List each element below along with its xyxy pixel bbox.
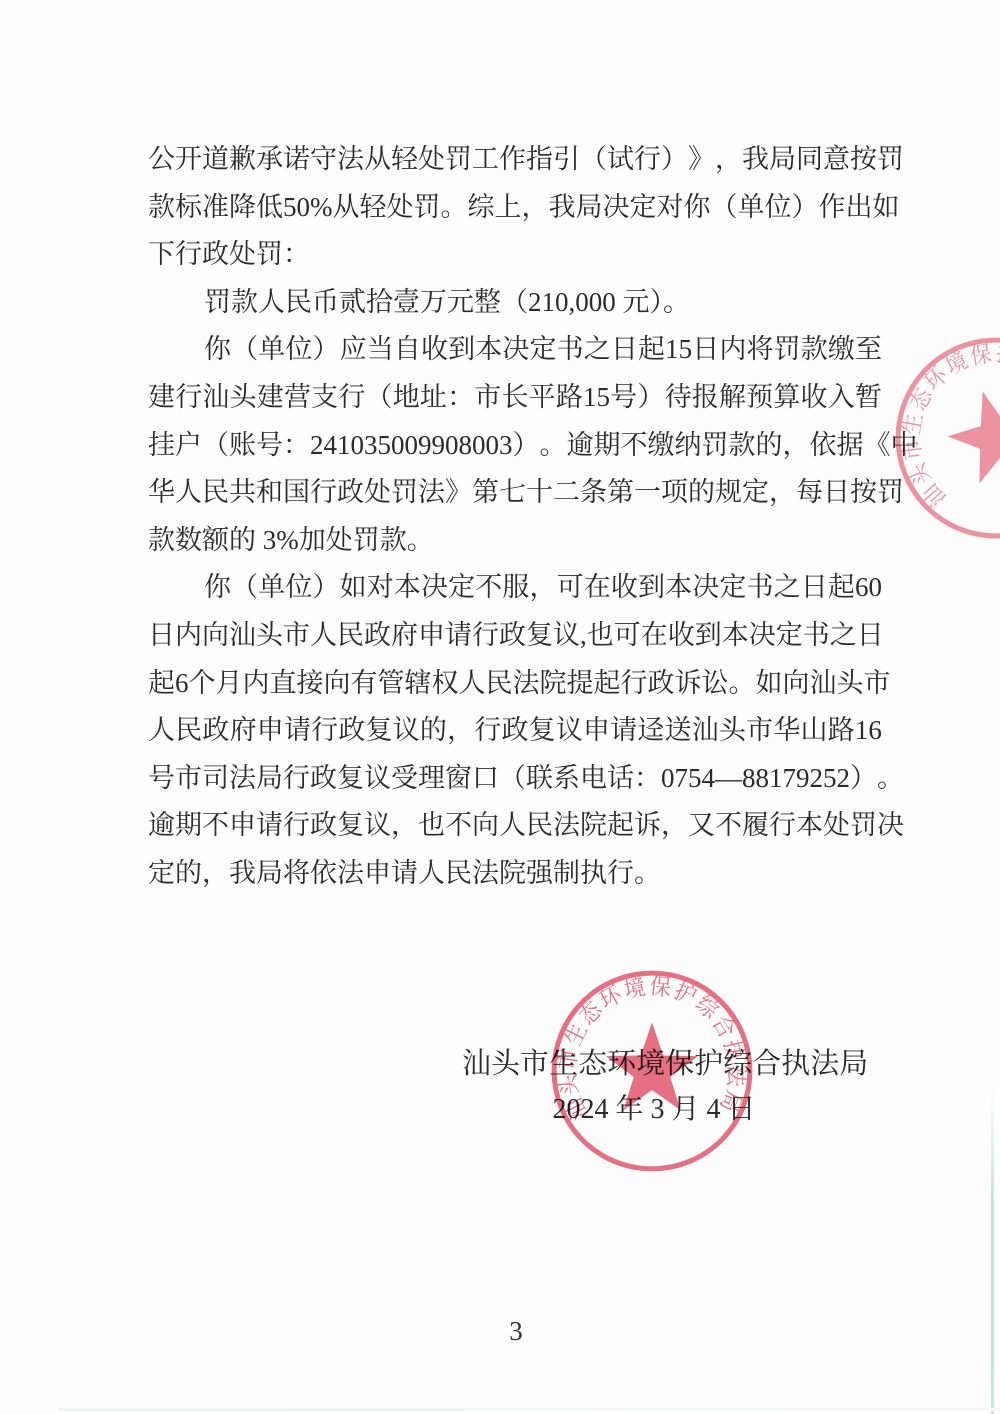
body-line-penalty-amount: 罚款人民币贰拾壹万元整（210,000 元）。 — [148, 279, 882, 327]
body-line: 定的，我局将依法申请人民法院强制执行。 — [148, 850, 882, 898]
body-line: 你（单位）应当自收到本决定书之日起 15 日内将罚款缴至 — [148, 326, 882, 374]
body-line: 款标准降低 50%从轻处罚。综上，我局决定对你（单位）作出如 — [148, 184, 882, 232]
star-icon — [938, 379, 1000, 489]
body-line: 你（单位）如对本决定不服，可在收到本决定书之日起60 — [148, 564, 882, 612]
document-page: 公开道歉承诺守法从轻处罚工作指引（试行）》，我局同意按罚 款标准降低 50%从轻… — [0, 0, 1000, 1414]
body-line: 下行政处罚： — [148, 231, 882, 279]
body-line: 人民政府申请行政复议的，行政复议申请迳送汕头市华山路16 — [148, 707, 882, 755]
page-number: 3 — [0, 1316, 1000, 1347]
body-line: 华人民共和国行政处罚法》第七十二条第一项的规定，每日按罚 — [148, 469, 882, 517]
signature-agency-name: 汕头市生态环境保护综合执法局 — [462, 1040, 850, 1082]
body-line: 公开道歉承诺守法从轻处罚工作指引（试行）》，我局同意按罚 — [148, 136, 882, 184]
scan-bottom-line — [58, 1408, 1000, 1411]
body-line-account-number: 挂户（账号：241035009908003）。逾期不缴纳罚款的，依据《中 — [148, 422, 882, 470]
body-line-phone-number: 号市司法局行政复议受理窗口（联系电话：0754—88179252）。 — [148, 755, 882, 803]
body-line: 款数额的 3%加处罚款。 — [148, 517, 882, 565]
body-line: 起6个月内直接向有管辖权人民法院提起行政诉讼。如向汕头市 — [148, 660, 882, 708]
body-line: 逾期不申请行政复议，也不向人民法院起诉，又不履行本处罚决 — [148, 802, 882, 850]
document-body: 公开道歉承诺守法从轻处罚工作指引（试行）》，我局同意按罚 款标准降低 50%从轻… — [148, 136, 882, 898]
body-line: 建行汕头建营支行（地址：市长平路 15 号）待报解预算收入暂 — [148, 374, 882, 422]
signature-date: 2024 年 3 月 4 日 — [528, 1090, 780, 1130]
body-line: 日内向汕头市人民政府申请行政复议,也可在收到本决定书之日 — [148, 612, 882, 660]
scan-edge-line — [991, 1088, 994, 1414]
